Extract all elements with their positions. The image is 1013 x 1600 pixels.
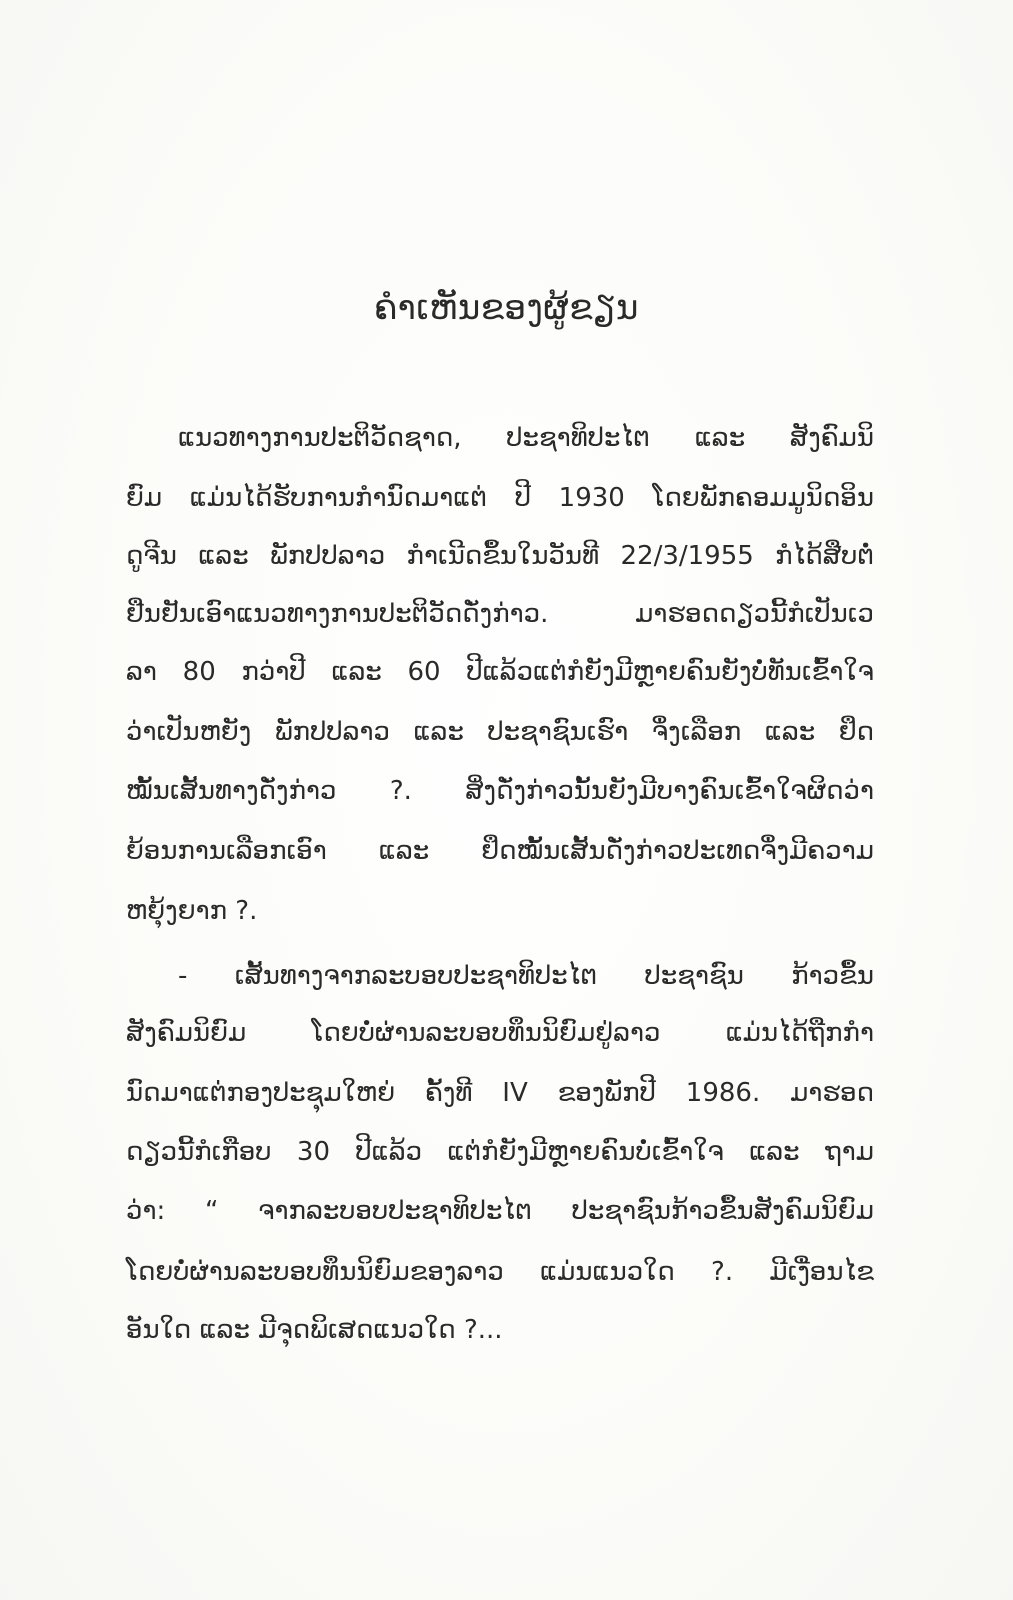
text-line: ດຽວນີ້ກໍເກືອບ 30 ປີແລ້ວ ແຕ່ກໍຍັງມີຫຼາຍຄົ… [126,1132,874,1172]
text-line: ໝັ້ນເສັ້ນທາງດັ່ງກ່າວ ?. ສິ່ງດັ່ງກ່າວນັ້ນ… [126,771,874,811]
text-line: ຢືນຢັນເອົາແນວທາງການປະຕິວັດດັ່ງກ່າວ. ມາຮອ… [126,594,874,634]
page-title: ຄຳເຫັນຂອງຜູ້ຂຽນ [0,288,1013,328]
text-line: ນົດມາແຕ່ກອງປະຊຸມໃຫຍ່ ຄັ້ງທີ IV ຂອງພັກປີ … [126,1073,874,1113]
text-line: ໂດຍບໍ່ຜ່ານລະບອບທຶນນິຍົມຂອງລາວ ແມ່ນແນວໃດ … [126,1252,874,1292]
text-line: ລາ 80 ກວ່າປີ ແລະ 60 ປີແລ້ວແຕ່ກໍຍັງມີຫຼາຍ… [126,652,874,692]
text-line: ວ່າ: “ ຈາກລະບອບປະຊາທິປະໄຕ ປະຊາຊົນກ້າວຂຶ້… [126,1191,874,1231]
text-line: ຍົມ ແມ່ນໄດ້ຮັບການກຳນົດມາແຕ່ ປີ 1930 ໂດຍພ… [126,478,874,518]
text-line: ສັງຄົມນິຍົມ ໂດຍບໍ່ຜ່ານລະບອບທຶນນິຍົມຢູ່ລາ… [126,1013,874,1053]
text-line: ອັນໃດ ແລະ ມີຈຸດພິເສດແນວໃດ ?... [126,1310,874,1350]
text-line: - ເສັ້ນທາງຈາກລະບອບປະຊາທິປະໄຕ ປະຊາຊົນ ກ້າ… [178,956,874,996]
text-line: ຫຍຸ້ງຍາກ ?. [126,891,874,931]
text-line: ແນວທາງການປະຕິວັດຊາດ, ປະຊາທິປະໄຕ ແລະ ສັງຄ… [178,418,874,458]
text-line: ວ່າເປັນຫຍັງ ພັກປປລາວ ແລະ ປະຊາຊົນເຮົາ ຈຶ່… [126,712,874,752]
scanned-book-page: ຄຳເຫັນຂອງຜູ້ຂຽນ ແນວທາງການປະຕິວັດຊາດ, ປະຊ… [0,0,1013,1600]
text-line: ດູຈີນ ແລະ ພັກປປລາວ ກຳເນີດຂຶ້ນໃນວັນທີ 22/… [126,536,874,576]
text-line: ຍ້ອນການເລືອກເອົາ ແລະ ຢຶດໝັ້ນເສັ້ນດັ່ງກ່າ… [126,831,874,871]
